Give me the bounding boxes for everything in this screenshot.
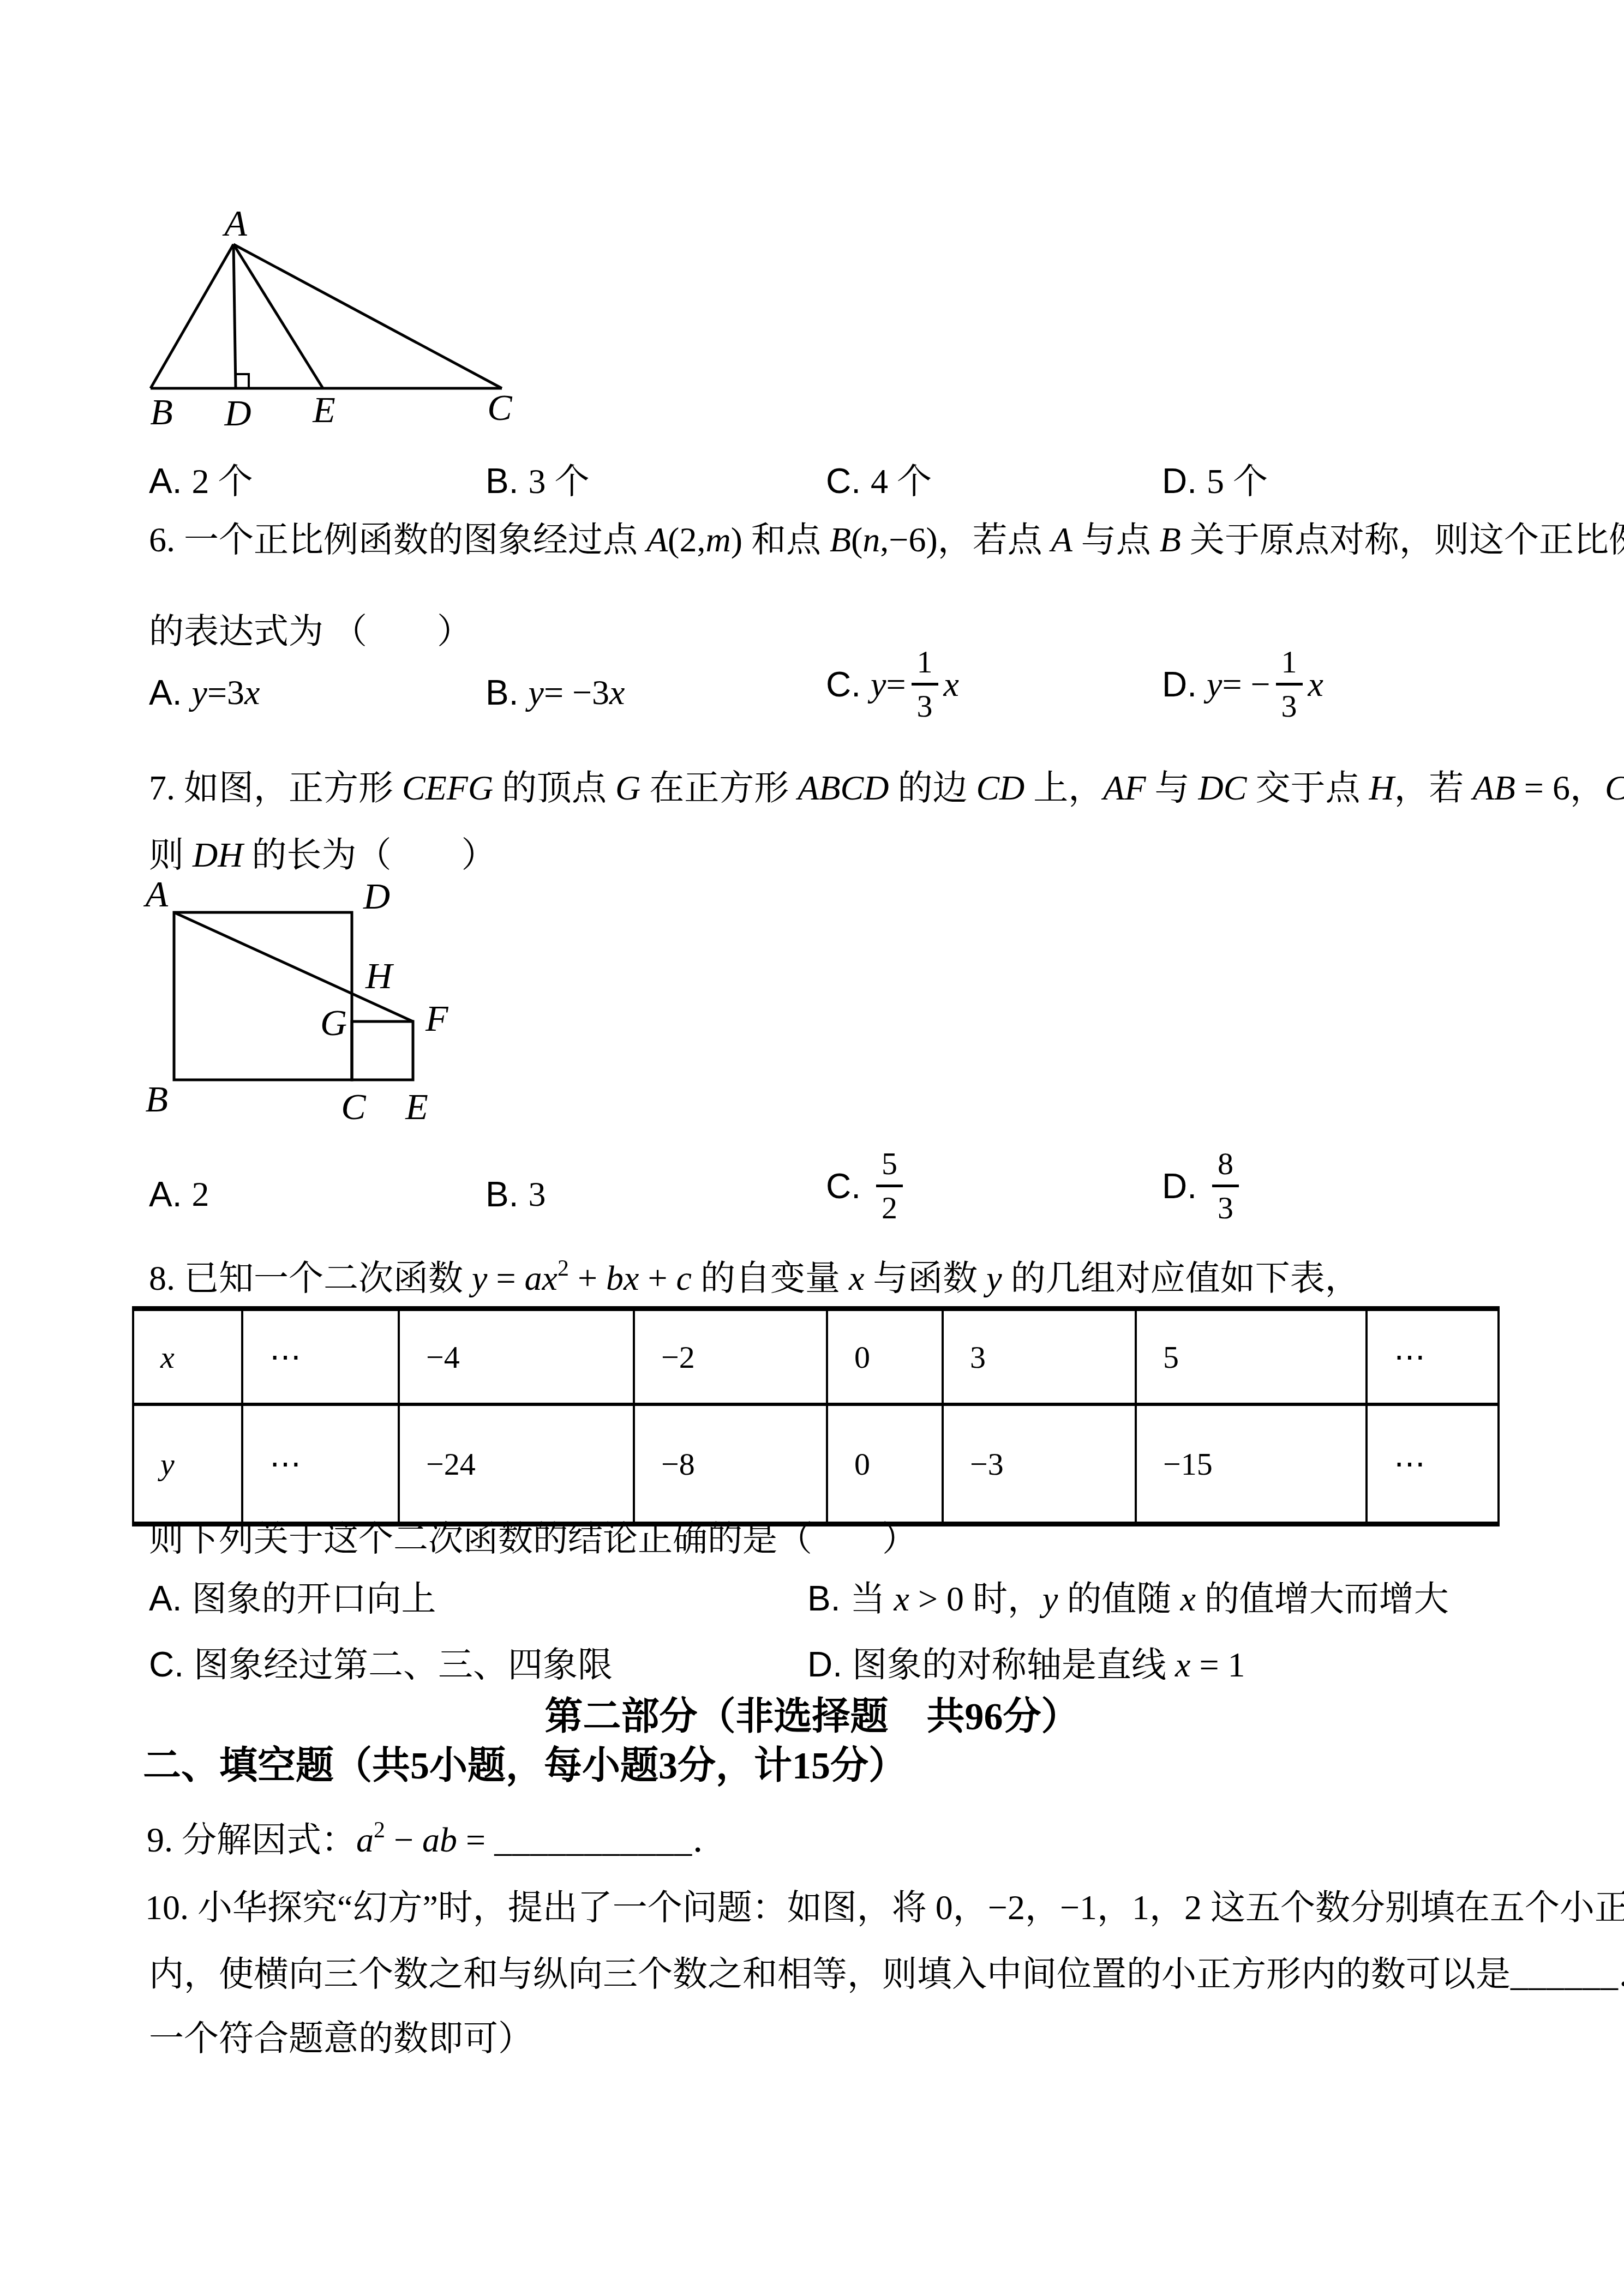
math-var: ABCD xyxy=(798,768,889,807)
math-var: CEFG xyxy=(402,768,493,807)
vertex-label-D: D xyxy=(224,392,251,434)
vertex-label-B: B xyxy=(150,391,173,432)
q10-cn: 一个符合题意的数即可） xyxy=(149,2019,533,2058)
math-var: H xyxy=(1369,768,1394,807)
fraction-numerator: 8 xyxy=(1212,1148,1239,1180)
math-var: x xyxy=(609,671,625,714)
math-var: y xyxy=(1207,663,1222,706)
q7-cn: 7. 如图，正方形 xyxy=(149,768,402,807)
part2-title-text: 第二部分（非选择题 共96分） xyxy=(545,1696,1080,1738)
fraction: 13 xyxy=(912,646,938,722)
math-var: G xyxy=(615,768,640,807)
q7-text-line1: 7. 如图，正方形 CEFG 的顶点 G 在正方形 ABCD 的边 CD 上，A… xyxy=(149,766,1624,810)
q8-option-a: A.图象的开口向上 xyxy=(149,1577,436,1621)
q7-cn: 交于点 xyxy=(1247,768,1369,807)
math-op: = − xyxy=(1222,663,1270,706)
option-label: B. xyxy=(486,1173,518,1216)
vertex-label-H: H xyxy=(365,955,394,996)
option-text: 5 个 xyxy=(1207,462,1268,501)
table-cell: −8 xyxy=(634,1404,827,1524)
q7-option-d: D.83 xyxy=(1162,1148,1244,1224)
option-label: B. xyxy=(486,461,518,501)
q7-cn: 的边 xyxy=(889,768,976,807)
q7-cn: 的长为（ ） xyxy=(243,836,496,874)
math-superscript: 2 xyxy=(558,1256,569,1281)
math-op: = 6， xyxy=(1515,768,1605,807)
q7-option-c: C.52 xyxy=(826,1148,908,1224)
q7-option-b: B.3 xyxy=(486,1173,546,1216)
right-angle-mark xyxy=(236,374,249,388)
q8-cn: 的自变量 xyxy=(692,1259,849,1297)
math-var: x xyxy=(1175,1645,1190,1684)
q6-cn: 和点 xyxy=(742,520,830,559)
q5-option-d: D.5 个 xyxy=(1162,459,1268,503)
option-text: 图象经过第二、三、四象限 xyxy=(194,1645,613,1684)
math-var: y xyxy=(986,1259,1002,1297)
vertex-label-A: A xyxy=(143,878,168,915)
table-row-x: x ⋯ −4 −2 0 3 5 ⋯ xyxy=(133,1309,1499,1405)
option-text: 当 xyxy=(850,1579,894,1618)
q7-cn: 的顶点 xyxy=(493,768,615,807)
math-op: = − xyxy=(544,671,592,714)
answer-blank: ______ xyxy=(1511,1955,1619,1993)
math-superscript: 2 xyxy=(374,1818,385,1843)
fraction-denominator: 3 xyxy=(912,690,938,722)
math-var: m xyxy=(705,520,730,559)
q10-cn: 内，使横向三个数之和与纵向三个数之和相等，则填入中间位置的小正方形内的数可以是 xyxy=(149,1955,1511,1993)
math-var: A xyxy=(646,520,668,559)
option-text: 图象的开口向上 xyxy=(191,1579,436,1618)
option-text: = 1 xyxy=(1190,1645,1245,1684)
math-op: = xyxy=(207,671,227,714)
fraction-numerator: 1 xyxy=(912,646,938,678)
q10-text-line2: 内，使横向三个数之和与纵向三个数之和相等，则填入中间位置的小正方形内的数可以是_… xyxy=(149,1952,1624,1996)
math-var: A xyxy=(1051,520,1072,559)
triangle-figure: A B D E C xyxy=(109,207,546,436)
math-var: ax xyxy=(525,1259,558,1297)
q7-text-line2: 则 DH 的长为（ ） xyxy=(149,833,496,877)
math-var: bx xyxy=(606,1259,639,1297)
table-cell: −15 xyxy=(1136,1404,1367,1524)
math-paren: ,−6) xyxy=(880,520,937,559)
square-ABCD xyxy=(174,912,352,1080)
q10-text-line1: 10. 小华探究“幻方”时，提出了一个问题：如图，将 0，−2，−1，1，2 这… xyxy=(145,1886,1624,1930)
fraction-numerator: 5 xyxy=(876,1148,903,1180)
math-var: x xyxy=(944,663,959,706)
option-text: 的值增大而增大 xyxy=(1196,1579,1449,1618)
q6-option-d: D.y = −13x xyxy=(1162,646,1323,722)
q6-cn: 与点 xyxy=(1072,520,1160,559)
math-num: 3 xyxy=(227,671,244,714)
math-var: a xyxy=(356,1820,374,1859)
math-var: n xyxy=(862,520,880,559)
math-var: x xyxy=(894,1579,909,1618)
squares-figure: A D H G F B C E xyxy=(136,878,464,1129)
vertex-label-E: E xyxy=(405,1086,428,1127)
q6-cn: 关于原点对称，则这个正比例函数 xyxy=(1181,520,1624,559)
fraction-bar xyxy=(1276,683,1303,686)
q6-option-b: B.y = −3x xyxy=(486,671,625,714)
math-op: = xyxy=(457,1820,494,1859)
fraction: 52 xyxy=(876,1148,903,1224)
q6-cn: 6. 一个正比例函数的图象经过点 xyxy=(149,520,646,559)
table-row-y: y ⋯ −24 −8 0 −3 −15 ⋯ xyxy=(133,1404,1499,1524)
option-text: 2 xyxy=(191,1173,209,1216)
table-cell: ⋯ xyxy=(1367,1309,1499,1405)
table-cell: y xyxy=(133,1404,242,1524)
option-label: C. xyxy=(826,1164,861,1208)
math-op: + xyxy=(639,1259,676,1297)
math-var: AB xyxy=(1473,768,1515,807)
table-cell: x xyxy=(133,1309,242,1405)
math-var: DH xyxy=(193,836,243,874)
math-var: y xyxy=(1042,1579,1058,1618)
q6-cn: 的表达式为 （ ） xyxy=(149,612,472,651)
fraction-denominator: 3 xyxy=(1276,690,1303,722)
q10-numbers: 0，−2，−1，1，2 xyxy=(936,1888,1202,1927)
q7-cn: 则 xyxy=(149,836,193,874)
math-var: c xyxy=(676,1259,692,1297)
q6-option-a: A.y = 3x xyxy=(149,671,260,714)
q8-conclusion: 则下列关于这个二次函数的结论正确的是（ ） xyxy=(149,1517,917,1561)
option-label: C. xyxy=(826,663,861,706)
q6-text-line2: 的表达式为 （ ） xyxy=(149,610,472,653)
option-label: D. xyxy=(1162,461,1197,501)
q8-cn: 则下列关于这个二次函数的结论正确的是（ ） xyxy=(149,1519,917,1558)
vertex-label-A: A xyxy=(222,207,247,244)
q9-cn: 9. 分解因式： xyxy=(147,1820,356,1859)
math-var: x xyxy=(849,1259,864,1297)
fraction-numerator: 1 xyxy=(1276,646,1303,678)
square-CEFG xyxy=(352,1021,413,1080)
math-num: 3 xyxy=(592,671,609,714)
table-cell: −2 xyxy=(634,1309,827,1405)
option-label: A. xyxy=(149,1579,182,1618)
math-op: = xyxy=(886,663,906,706)
fill-in-section-header: 二、填空题（共5小题，每小题3分，计15分） xyxy=(143,1742,907,1790)
q5-option-a: A.2 个 xyxy=(149,459,253,503)
math-paren: ) xyxy=(731,520,742,559)
math-op: − xyxy=(385,1820,422,1859)
option-label: A. xyxy=(149,1173,182,1216)
q6-cn: ，若点 xyxy=(938,520,1051,559)
q7-option-a: A.2 xyxy=(149,1173,209,1216)
q8-text-line1: 8. 已知一个二次函数 y = ax2 + bx + c 的自变量 x 与函数 … xyxy=(149,1254,1360,1300)
fraction-bar xyxy=(1212,1185,1239,1187)
q8-option-c: C.图象经过第二、三、四象限 xyxy=(149,1643,613,1687)
table-cell: ⋯ xyxy=(1367,1404,1499,1524)
option-label: A. xyxy=(149,461,182,501)
q10-cn: 这五个数分别填在五个小正方形 xyxy=(1202,1888,1624,1927)
fill-header-text: 二、填空题（共5小题，每小题3分，计15分） xyxy=(143,1745,907,1787)
fraction: 13 xyxy=(1276,646,1303,722)
q9-cn: ． xyxy=(692,1820,727,1859)
q8-option-b: B.当 x > 0 时，y 的值随 x 的值增大而增大 xyxy=(807,1577,1449,1621)
vertex-label-D: D xyxy=(363,878,390,917)
math-var: DC xyxy=(1198,768,1247,807)
exam-page: A B D E C A.2 个 B.3 个 C.4 个 D.5 个 6. 一个正… xyxy=(0,0,1624,2296)
math-var: y xyxy=(528,671,543,714)
altitude-AD xyxy=(233,244,236,388)
vertex-label-G: G xyxy=(320,1002,347,1043)
fraction-bar xyxy=(876,1185,903,1187)
option-label: D. xyxy=(1162,1164,1197,1208)
option-text: 2 个 xyxy=(191,462,253,501)
option-text: 4 个 xyxy=(871,462,932,501)
triangle-side-AB xyxy=(151,244,233,388)
q8-cn: 的几组对应值如下表， xyxy=(1002,1259,1360,1297)
option-text: 的值随 xyxy=(1058,1579,1180,1618)
q7-cn: ，若 xyxy=(1394,768,1473,807)
q7-cn: 与 xyxy=(1146,768,1198,807)
vertex-label-F: F xyxy=(425,997,449,1039)
q8-cn: 8. 已知一个二次函数 xyxy=(149,1259,472,1297)
table-cell: ⋯ xyxy=(242,1404,399,1524)
q6-option-c: C.y = 13x xyxy=(826,646,959,722)
math-paren: ( xyxy=(851,520,862,559)
option-text: > 0 时， xyxy=(909,1579,1042,1618)
fraction-denominator: 2 xyxy=(876,1192,903,1224)
vertex-label-E: E xyxy=(312,389,335,430)
table-cell: −4 xyxy=(399,1309,634,1405)
math-var: B xyxy=(1160,520,1181,559)
vertex-label-C: C xyxy=(341,1086,366,1127)
math-var: CE xyxy=(1605,768,1624,807)
option-label: D. xyxy=(1162,663,1197,706)
fraction: 83 xyxy=(1212,1148,1239,1224)
math-var: ab xyxy=(422,1820,457,1859)
math-var: y xyxy=(472,1259,487,1297)
vertex-label-C: C xyxy=(487,387,512,428)
option-text: 3 xyxy=(528,1173,546,1216)
triangle-side-AC xyxy=(233,244,502,388)
table-cell: −3 xyxy=(943,1404,1136,1524)
math-op: + xyxy=(569,1259,606,1297)
math-paren: (2, xyxy=(668,520,705,559)
math-var: B xyxy=(830,520,851,559)
option-label: A. xyxy=(149,671,182,714)
math-var: y xyxy=(871,663,886,706)
q8-value-table: x ⋯ −4 −2 0 3 5 ⋯ y ⋯ −24 −8 0 −3 −15 ⋯ xyxy=(132,1306,1500,1526)
q7-cn: 在正方形 xyxy=(640,768,798,807)
table-cell: 5 xyxy=(1136,1309,1367,1405)
option-label: C. xyxy=(149,1645,184,1684)
fraction-bar xyxy=(912,683,938,686)
math-var: x xyxy=(1180,1579,1195,1618)
q6-text-line1: 6. 一个正比例函数的图象经过点 A(2,m) 和点 B(n,−6)，若点 A … xyxy=(149,518,1624,562)
answer-blank: ___________ xyxy=(494,1820,692,1859)
option-label: C. xyxy=(826,461,861,501)
q9-text: 9. 分解因式：a2 − ab = ___________． xyxy=(147,1816,727,1862)
q8-cn: 与函数 xyxy=(864,1259,986,1297)
option-text: 3 个 xyxy=(528,462,589,501)
q10-cn: 10. 小华探究“幻方”时，提出了一个问题：如图，将 xyxy=(145,1888,936,1927)
math-op: = xyxy=(487,1259,524,1297)
option-label: D. xyxy=(807,1645,842,1684)
table-cell: 0 xyxy=(827,1404,943,1524)
table-cell: ⋯ xyxy=(242,1309,399,1405)
q8-option-d: D.图象的对称轴是直线 x = 1 xyxy=(807,1643,1245,1687)
vertex-label-B: B xyxy=(145,1078,168,1120)
q5-option-b: B.3 个 xyxy=(486,459,589,503)
math-var: CD xyxy=(976,768,1024,807)
table-cell: −24 xyxy=(399,1404,634,1524)
q7-cn: 上， xyxy=(1024,768,1103,807)
table-cell: 0 xyxy=(827,1309,943,1405)
segment-AE xyxy=(233,244,323,388)
option-label: B. xyxy=(486,671,518,714)
q10-text-line3: 一个符合题意的数即可） xyxy=(149,2017,533,2060)
part2-title: 第二部分（非选择题 共96分） xyxy=(0,1693,1624,1741)
q5-option-c: C.4 个 xyxy=(826,459,932,503)
math-var: AF xyxy=(1103,768,1146,807)
q10-cn: ．（写出 xyxy=(1619,1955,1624,1993)
math-var: x xyxy=(1308,663,1323,706)
option-label: B. xyxy=(807,1579,840,1618)
option-text: 图象的对称轴是直线 xyxy=(852,1645,1175,1684)
math-var: x xyxy=(244,671,260,714)
table-cell: 3 xyxy=(943,1309,1136,1405)
math-var: y xyxy=(191,671,207,714)
fraction-denominator: 3 xyxy=(1212,1192,1239,1224)
